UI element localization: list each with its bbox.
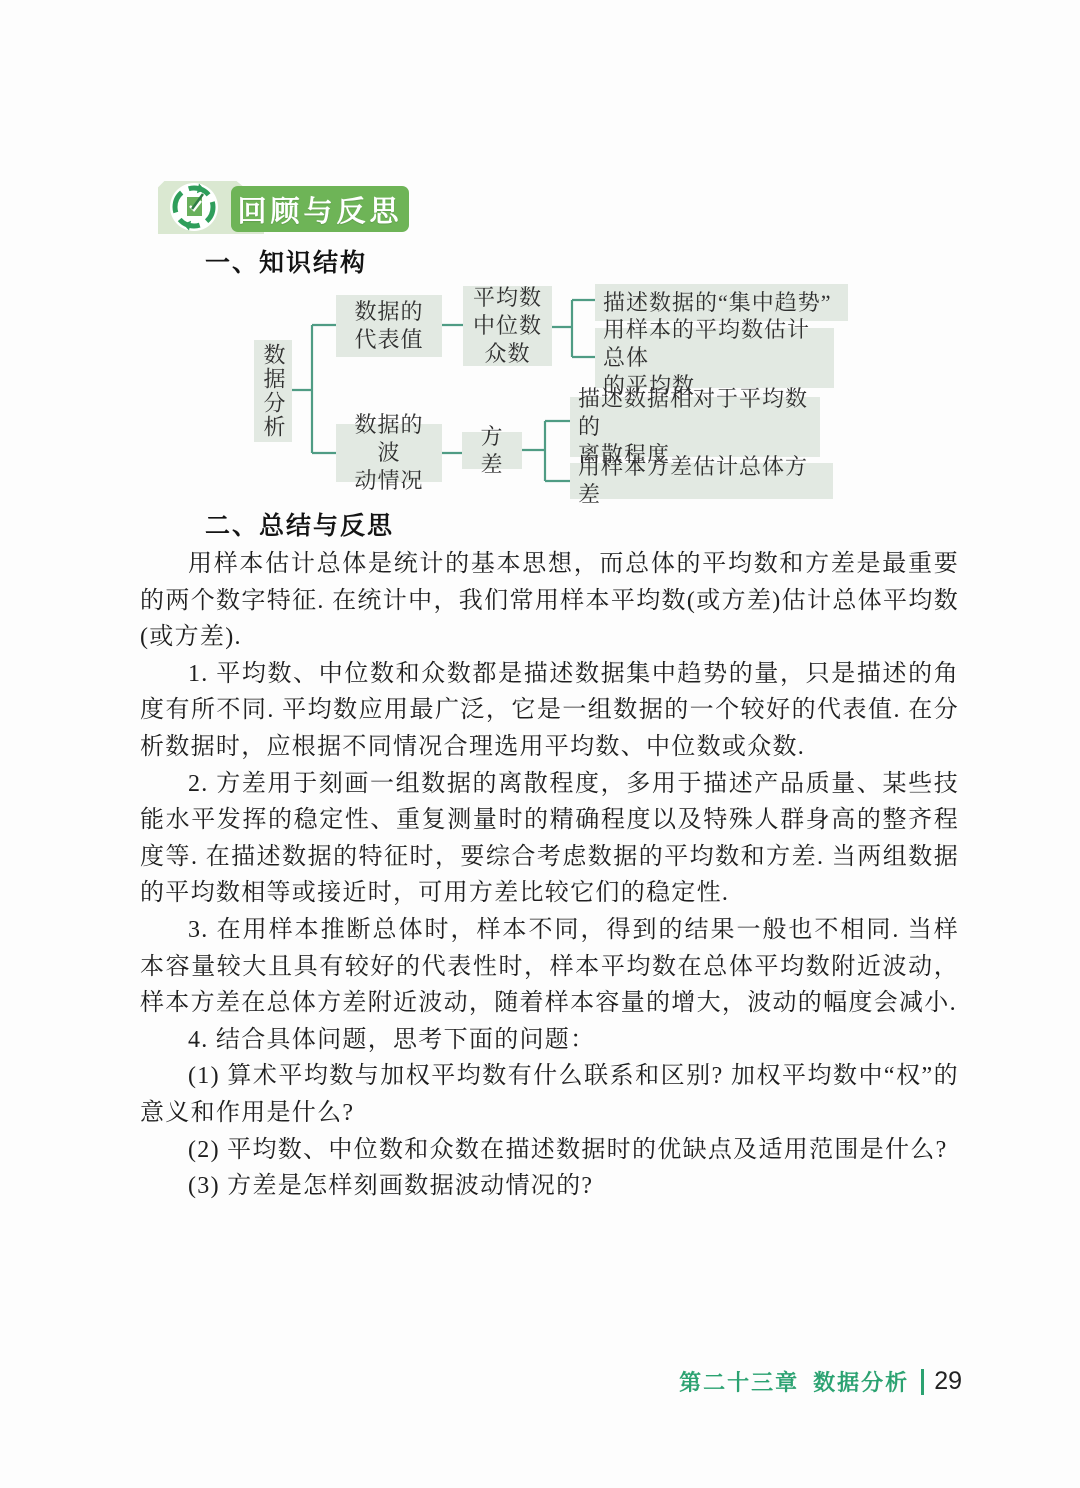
diagram-node-representative-values: 数据的 代表值 [336, 295, 442, 357]
paragraph-point-3: 3. 在用样本推断总体时，样本不同，得到的结果一般也不相同. 当样本容量较大且具… [140, 912, 959, 1022]
question-3: (3) 方差是怎样刻画数据波动情况的? [140, 1168, 959, 1205]
heading-knowledge-structure: 一、知识结构 [205, 243, 367, 279]
heading-summary-reflection: 二、总结与反思 [205, 506, 394, 542]
paragraph-point-4: 4. 结合具体问题，思考下面的问题： [140, 1022, 959, 1059]
paragraph-point-1: 1. 平均数、中位数和众数都是描述数据集中趋势的量，只是描述的角度有所不同. 平… [140, 656, 959, 766]
question-1: (1) 算术平均数与加权平均数有什么联系和区别? 加权平均数中“权”的意义和作用… [140, 1058, 959, 1131]
diagram-node-estimate-population-variance: 用样本方差估计总体方差 [570, 463, 833, 499]
footer-chapter-title: 数据分析 [813, 1366, 909, 1397]
diagram-node-mean-median-mode: 平均数 中位数 众数 [463, 286, 552, 366]
page-footer: 第二十三章 数据分析 29 [679, 1366, 962, 1397]
paragraph-point-2: 2. 方差用于刻画一组数据的离散程度，多用于描述产品质量、某些技能水平发挥的稳定… [140, 766, 959, 912]
diagram-node-variance: 方差 [462, 432, 522, 469]
paragraph-intro: 用样本估计总体是统计的基本思想，而总体的平均数和方差是最重要的两个数字特征. 在… [140, 546, 959, 656]
footer-divider [921, 1369, 924, 1395]
review-reflect-icon [168, 181, 220, 233]
diagram-node-estimate-population-mean: 用样本的平均数估计总体 的平均数 [595, 328, 834, 388]
footer-chapter: 第二十三章 [679, 1366, 799, 1397]
diagram-node-dispersion: 描述数据相对于平均数的 离散程度 [570, 397, 820, 457]
textbook-page: 回顾与反思 一、知识结构 数据分析 数据的 代表值 平均数 中位数 众数 描述数… [0, 0, 1080, 1488]
badge-label: 回顾与反思 [231, 186, 409, 232]
footer-page-number: 29 [934, 1367, 962, 1396]
question-2: (2) 平均数、中位数和众数在描述数据时的优缺点及适用范围是什么? [140, 1132, 959, 1169]
diagram-node-data-analysis: 数据分析 [254, 340, 292, 442]
body-text: 用样本估计总体是统计的基本思想，而总体的平均数和方差是最重要的两个数字特征. 在… [140, 546, 959, 1205]
diagram-node-fluctuation: 数据的波 动情况 [336, 424, 442, 482]
diagram-connectors [0, 0, 1080, 560]
